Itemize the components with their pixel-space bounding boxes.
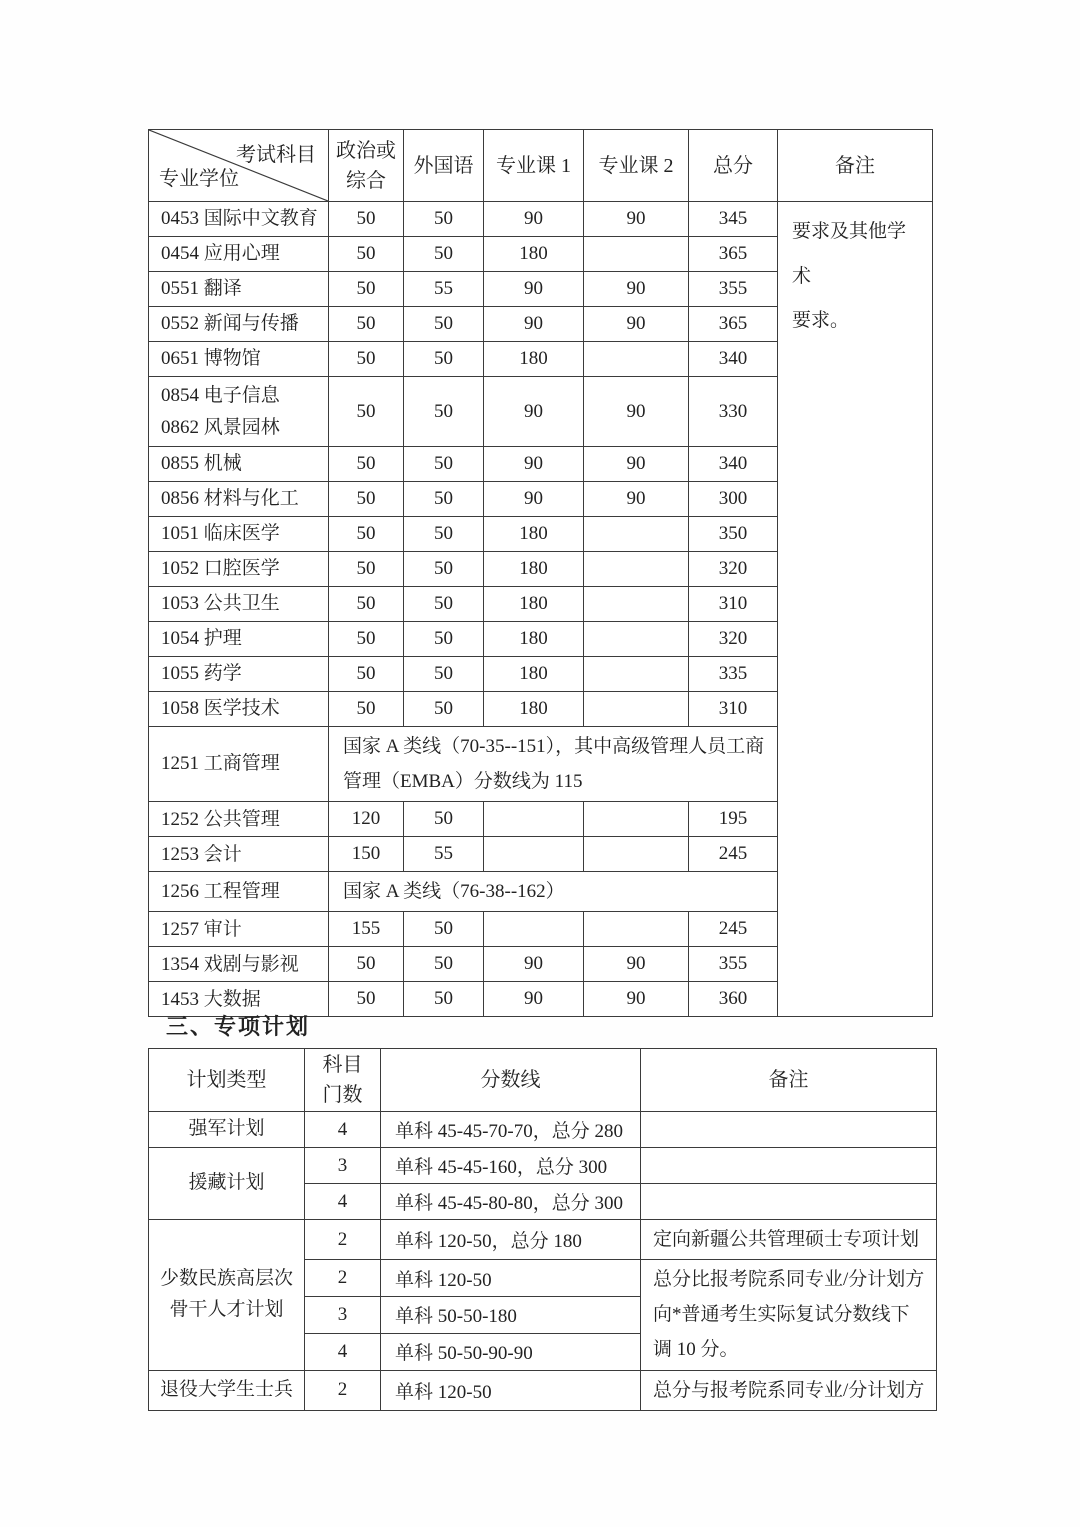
degree-name-cell: 1257 审计 xyxy=(149,912,329,947)
table-row: 强军计划 4 单科 45-45-70-70，总分 280 xyxy=(149,1112,937,1148)
score-cell: 350 xyxy=(689,517,778,552)
score-cell: 50 xyxy=(329,517,404,552)
score-cell: 50 xyxy=(329,657,404,692)
score-cell: 50 xyxy=(329,587,404,622)
col-header-foreign-language: 外国语 xyxy=(404,130,484,202)
col-header-politics: 政治或 综合 xyxy=(329,130,404,202)
score-cell xyxy=(584,622,689,657)
score-cell: 50 xyxy=(329,237,404,272)
score-cell: 90 xyxy=(484,307,584,342)
score-cell: 50 xyxy=(404,237,484,272)
score-cell: 120 xyxy=(329,802,404,837)
score-cell xyxy=(584,552,689,587)
score-cell: 180 xyxy=(484,692,584,727)
score-line-cell: 单科 120-50 xyxy=(381,1260,641,1297)
score-line-cell: 单科 45-45-160，总分 300 xyxy=(381,1148,641,1184)
score-cell: 90 xyxy=(484,947,584,982)
table-header-row: 计划类型 科目 门数 分数线 备注 xyxy=(149,1049,937,1112)
remark-note-cell: 要求及其他学术 要求。 xyxy=(778,202,933,1017)
score-cell: 360 xyxy=(689,982,778,1017)
col-header-major-course-2: 专业课 2 xyxy=(584,130,689,202)
degree-name-cell: 0551 翻译 xyxy=(149,272,329,307)
col-header-subject-count: 科目 门数 xyxy=(305,1049,381,1112)
score-line-cell: 单科 45-45-80-80，总分 300 xyxy=(381,1184,641,1220)
subject-count-cell: 4 xyxy=(305,1184,381,1220)
remark-cell: 总分与报考院系同专业/分计划方 xyxy=(641,1370,937,1410)
score-cell: 340 xyxy=(689,342,778,377)
score-cell xyxy=(484,912,584,947)
national-line-note-cell: 国家 A 类线（76-38--162） xyxy=(329,872,778,912)
corner-exam-subjects-label: 考试科目 xyxy=(236,138,316,167)
score-cell xyxy=(584,237,689,272)
score-cell: 180 xyxy=(484,657,584,692)
degree-name-cell: 1051 临床医学 xyxy=(149,517,329,552)
table-row: 少数民族高层次 骨干人才计划 2 单科 120-50，总分 180 定向新疆公共… xyxy=(149,1220,937,1260)
table-row: 退役大学生士兵 2 单科 120-50 总分与报考院系同专业/分计划方 xyxy=(149,1370,937,1410)
score-cell: 90 xyxy=(584,307,689,342)
degree-name-cell: 0855 机械 xyxy=(149,447,329,482)
score-cell xyxy=(584,802,689,837)
degree-name-cell: 1256 工程管理 xyxy=(149,872,329,912)
score-cell: 50 xyxy=(404,447,484,482)
table-header-row: 考试科目 专业学位 政治或 综合 外国语 专业课 1 专业课 2 总分 备注 xyxy=(149,130,933,202)
score-cell: 50 xyxy=(404,982,484,1017)
score-cell: 50 xyxy=(404,657,484,692)
score-cell: 90 xyxy=(484,447,584,482)
score-cell: 90 xyxy=(484,482,584,517)
score-line-cell: 单科 45-45-70-70，总分 280 xyxy=(381,1112,641,1148)
special-plan-table: 计划类型 科目 门数 分数线 备注 强军计划 4 单科 45-45-70-70，… xyxy=(148,1048,937,1411)
col-header-plan-type: 计划类型 xyxy=(149,1049,305,1112)
score-cell: 50 xyxy=(404,517,484,552)
remark-cell xyxy=(641,1112,937,1148)
score-cell: 180 xyxy=(484,342,584,377)
score-cell xyxy=(584,517,689,552)
col-header-remark: 备注 xyxy=(778,130,933,202)
score-cell: 50 xyxy=(329,482,404,517)
score-cell: 90 xyxy=(484,202,584,237)
section-heading: 三、专项计划 xyxy=(166,1010,310,1041)
score-cell: 50 xyxy=(404,342,484,377)
score-line-cell: 单科 50-50-90-90 xyxy=(381,1333,641,1370)
col-header-remark: 备注 xyxy=(641,1049,937,1112)
score-cell: 50 xyxy=(404,912,484,947)
degree-name-cell: 0453 国际中文教育 xyxy=(149,202,329,237)
score-cell: 320 xyxy=(689,552,778,587)
score-cell: 330 xyxy=(689,377,778,447)
degree-name-cell: 1053 公共卫生 xyxy=(149,587,329,622)
score-cell xyxy=(484,837,584,872)
score-cell: 90 xyxy=(584,982,689,1017)
score-cell: 310 xyxy=(689,587,778,622)
col-header-total-score: 总分 xyxy=(689,130,778,202)
score-cell xyxy=(584,837,689,872)
score-cell: 150 xyxy=(329,837,404,872)
score-cell: 300 xyxy=(689,482,778,517)
corner-header-cell: 考试科目 专业学位 xyxy=(149,130,329,202)
table-row: 援藏计划 3 单科 45-45-160，总分 300 xyxy=(149,1148,937,1184)
score-cell: 50 xyxy=(329,692,404,727)
degree-name-cell: 1058 医学技术 xyxy=(149,692,329,727)
score-cell: 320 xyxy=(689,622,778,657)
score-cell: 50 xyxy=(404,377,484,447)
score-line-cell: 单科 120-50，总分 180 xyxy=(381,1220,641,1260)
degree-name-cell: 0651 博物馆 xyxy=(149,342,329,377)
score-cell: 50 xyxy=(404,307,484,342)
degree-name-cell: 1354 戏剧与影视 xyxy=(149,947,329,982)
subject-count-cell: 4 xyxy=(305,1112,381,1148)
score-cell: 90 xyxy=(584,447,689,482)
score-cell: 195 xyxy=(689,802,778,837)
score-cell: 245 xyxy=(689,837,778,872)
score-cell: 90 xyxy=(584,202,689,237)
score-cell: 365 xyxy=(689,237,778,272)
col-header-major-course-1: 专业课 1 xyxy=(484,130,584,202)
score-cell: 50 xyxy=(329,552,404,587)
document-page: 考试科目 专业学位 政治或 综合 外国语 专业课 1 专业课 2 总分 备注 0… xyxy=(0,0,1080,1527)
score-cell: 90 xyxy=(484,982,584,1017)
score-cell: 90 xyxy=(584,377,689,447)
score-cell: 180 xyxy=(484,237,584,272)
score-cell: 180 xyxy=(484,587,584,622)
remark-cell xyxy=(641,1184,937,1220)
score-cell: 55 xyxy=(404,272,484,307)
degree-name-cell: 1252 公共管理 xyxy=(149,802,329,837)
degree-name-cell: 1052 口腔医学 xyxy=(149,552,329,587)
score-cell: 180 xyxy=(484,552,584,587)
remark-cell xyxy=(641,1148,937,1184)
score-cell: 345 xyxy=(689,202,778,237)
score-cell: 365 xyxy=(689,307,778,342)
degree-name-cell: 0854 电子信息 0862 风景园林 xyxy=(149,377,329,447)
national-line-note-cell: 国家 A 类线（70-35--151），其中高级管理人员工商管理（EMBA）分数… xyxy=(329,727,778,802)
degree-name-cell: 0552 新闻与传播 xyxy=(149,307,329,342)
score-cell: 245 xyxy=(689,912,778,947)
score-cell: 90 xyxy=(484,377,584,447)
score-cell: 50 xyxy=(404,552,484,587)
degree-name-cell: 1253 会计 xyxy=(149,837,329,872)
subject-count-cell: 2 xyxy=(305,1370,381,1410)
subject-count-cell: 2 xyxy=(305,1220,381,1260)
score-line-cell: 单科 50-50-180 xyxy=(381,1296,641,1333)
subject-count-cell: 3 xyxy=(305,1296,381,1333)
score-cell: 50 xyxy=(329,447,404,482)
score-cell xyxy=(584,912,689,947)
score-cell: 180 xyxy=(484,517,584,552)
score-cell: 90 xyxy=(584,482,689,517)
score-cell: 90 xyxy=(584,947,689,982)
score-cell: 50 xyxy=(329,377,404,447)
score-cell: 335 xyxy=(689,657,778,692)
score-cell: 355 xyxy=(689,272,778,307)
score-cell xyxy=(584,692,689,727)
remark-merged-cell: 总分比报考院系同专业/分计划方向*普通考生实际复试分数线下调 10 分。 xyxy=(641,1260,937,1370)
score-cell: 340 xyxy=(689,447,778,482)
score-cell xyxy=(584,587,689,622)
score-cell: 50 xyxy=(404,947,484,982)
subject-count-cell: 3 xyxy=(305,1148,381,1184)
score-cell xyxy=(584,657,689,692)
degree-name-cell: 0856 材料与化工 xyxy=(149,482,329,517)
score-cell: 50 xyxy=(329,272,404,307)
degree-name-cell: 1055 药学 xyxy=(149,657,329,692)
col-header-score-line: 分数线 xyxy=(381,1049,641,1112)
table-row: 0453 国际中文教育 50 50 90 90 345 要求及其他学术 要求。 xyxy=(149,202,933,237)
score-cell: 50 xyxy=(329,947,404,982)
score-cell: 90 xyxy=(484,272,584,307)
plan-type-cell: 强军计划 xyxy=(149,1112,305,1148)
plan-type-cell: 退役大学生士兵 xyxy=(149,1370,305,1410)
professional-degree-score-table: 考试科目 专业学位 政治或 综合 外国语 专业课 1 专业课 2 总分 备注 0… xyxy=(148,129,933,1017)
plan-type-cell: 少数民族高层次 骨干人才计划 xyxy=(149,1220,305,1371)
corner-degree-label: 专业学位 xyxy=(159,162,239,191)
score-cell xyxy=(484,802,584,837)
score-cell: 90 xyxy=(584,272,689,307)
score-cell: 50 xyxy=(404,622,484,657)
degree-name-cell: 1251 工商管理 xyxy=(149,727,329,802)
score-cell: 180 xyxy=(484,622,584,657)
plan-type-cell: 援藏计划 xyxy=(149,1148,305,1220)
score-cell xyxy=(584,342,689,377)
score-cell: 50 xyxy=(329,202,404,237)
score-cell: 50 xyxy=(329,622,404,657)
score-cell: 50 xyxy=(404,202,484,237)
score-cell: 50 xyxy=(404,482,484,517)
score-cell: 50 xyxy=(329,307,404,342)
score-cell: 50 xyxy=(329,982,404,1017)
score-line-cell: 单科 120-50 xyxy=(381,1370,641,1410)
score-cell: 355 xyxy=(689,947,778,982)
score-cell: 50 xyxy=(404,587,484,622)
score-cell: 155 xyxy=(329,912,404,947)
degree-name-cell: 0454 应用心理 xyxy=(149,237,329,272)
score-cell: 50 xyxy=(329,342,404,377)
score-cell: 50 xyxy=(404,692,484,727)
subject-count-cell: 2 xyxy=(305,1260,381,1297)
score-cell: 50 xyxy=(404,802,484,837)
subject-count-cell: 4 xyxy=(305,1333,381,1370)
remark-cell: 定向新疆公共管理硕士专项计划 xyxy=(641,1220,937,1260)
score-cell: 310 xyxy=(689,692,778,727)
score-cell: 55 xyxy=(404,837,484,872)
degree-name-cell: 1054 护理 xyxy=(149,622,329,657)
